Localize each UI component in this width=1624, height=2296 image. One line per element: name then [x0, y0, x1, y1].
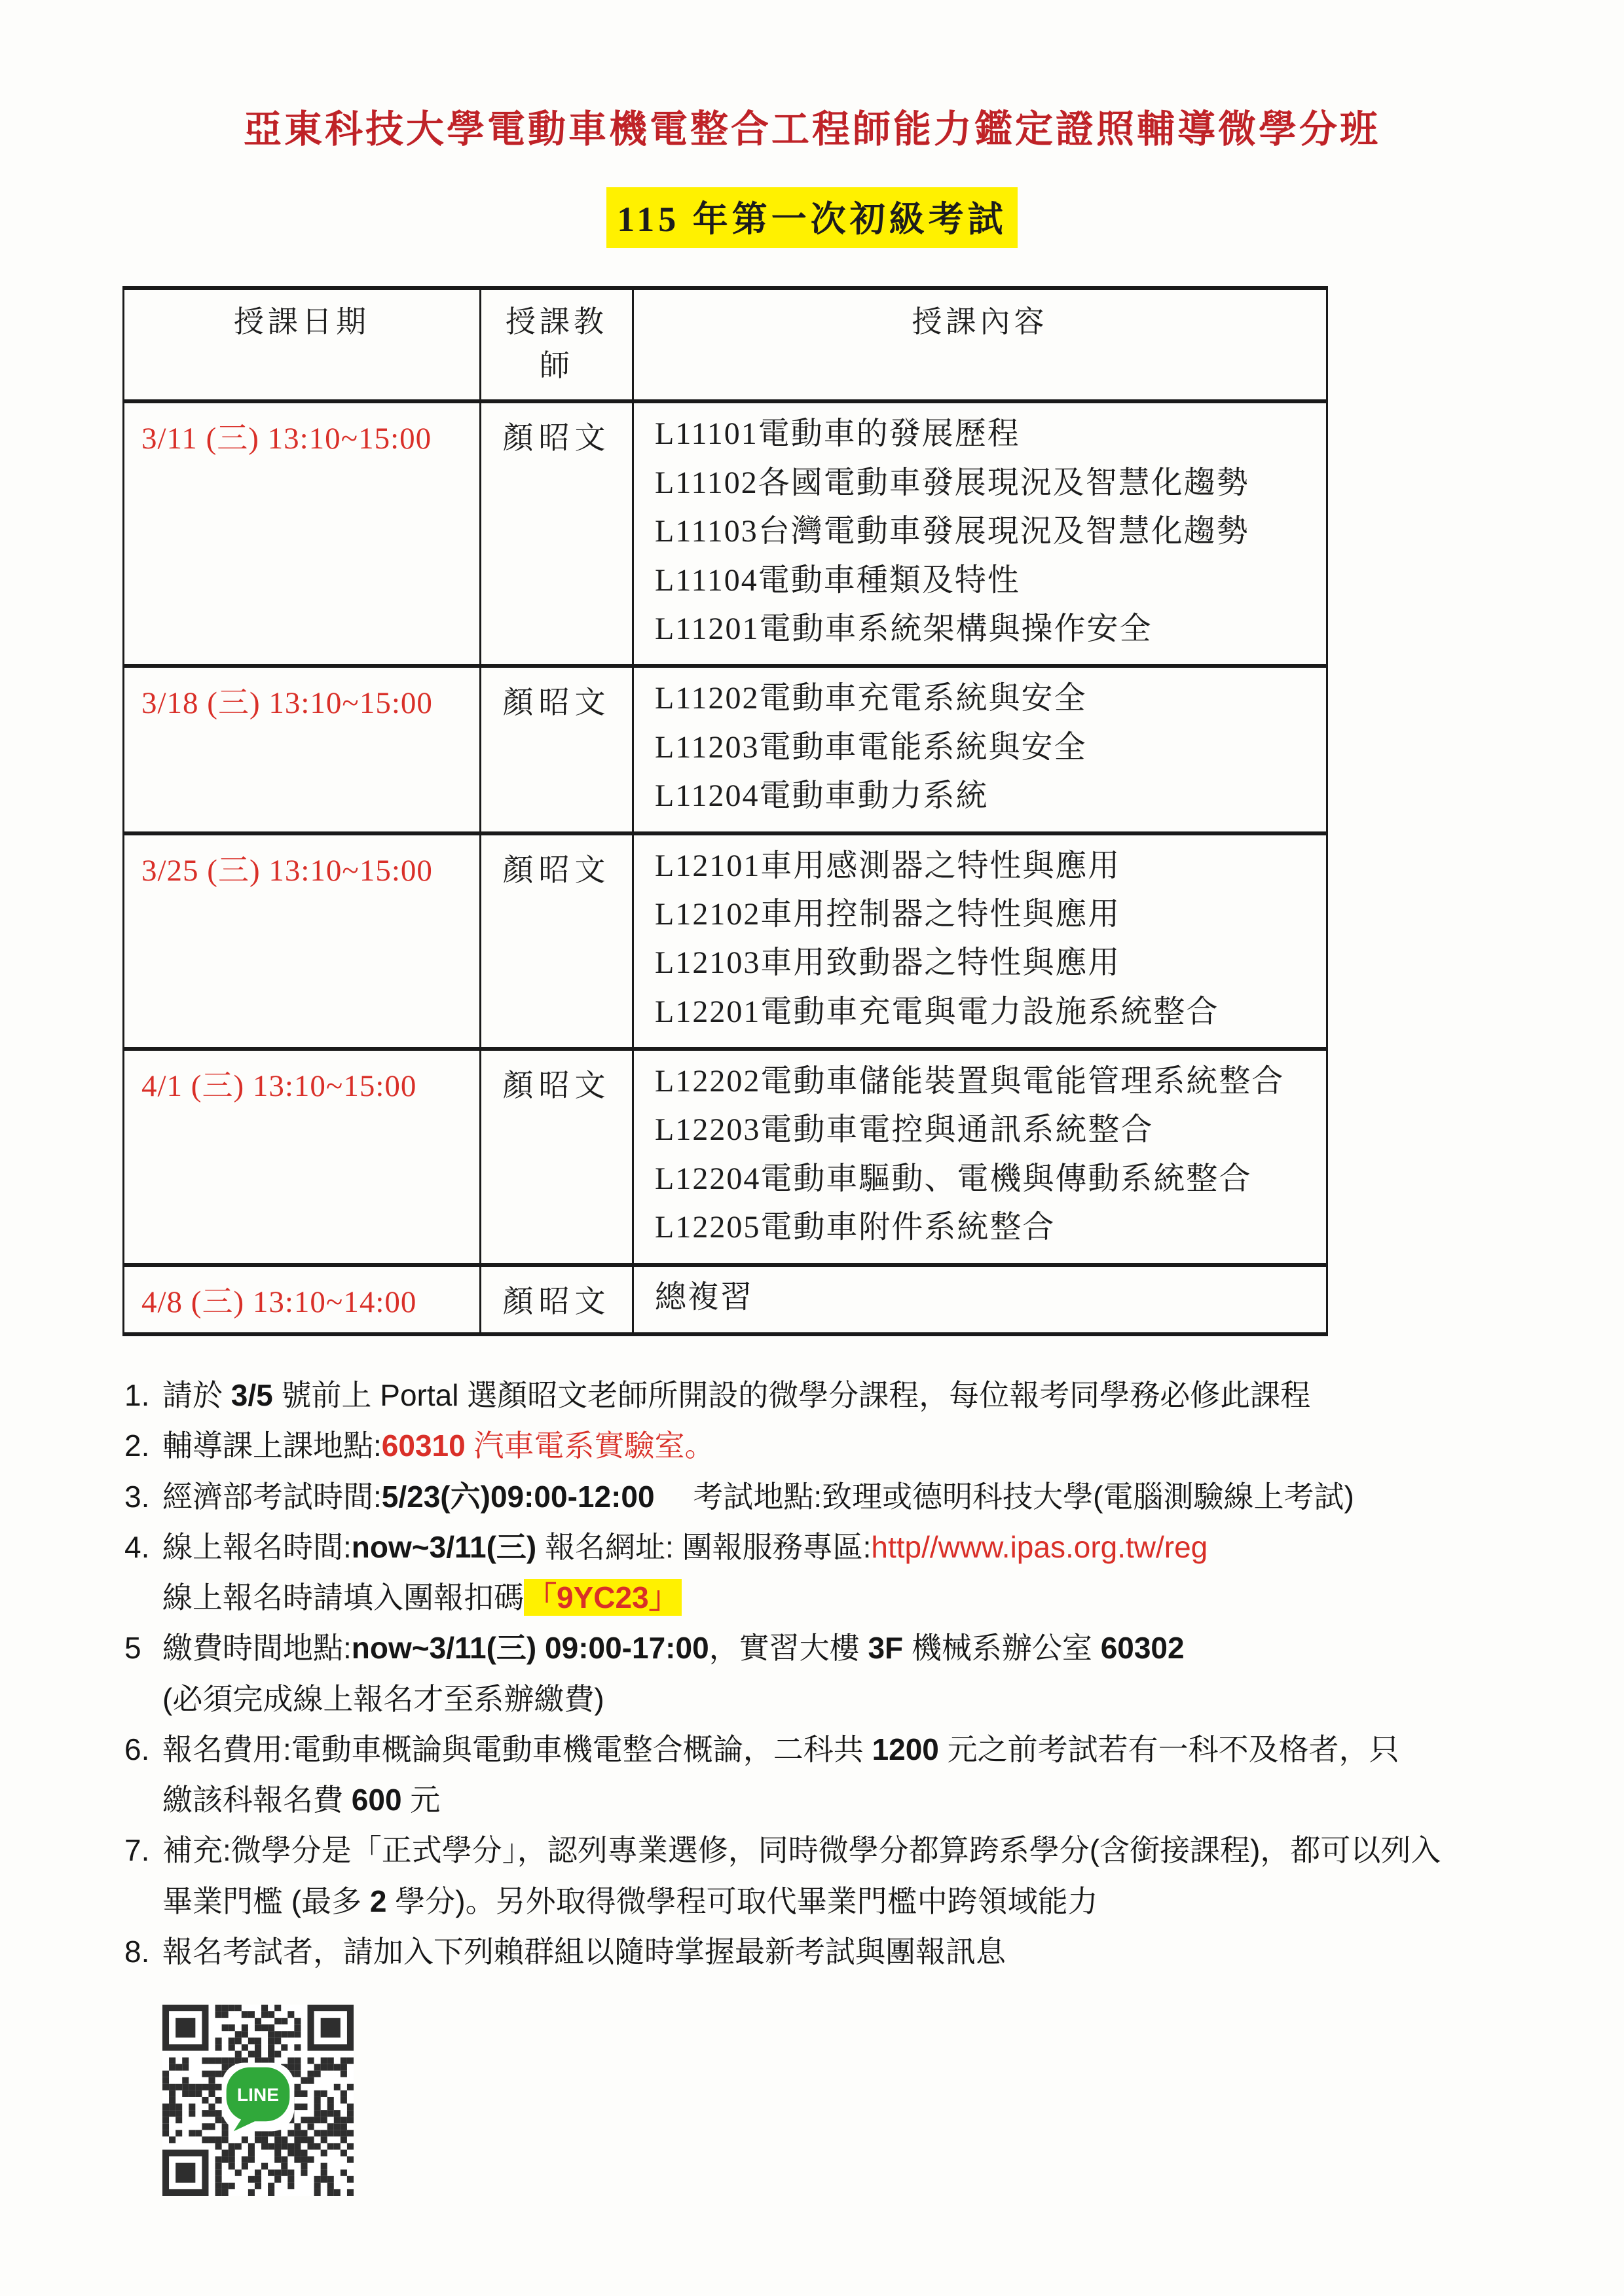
note-body: 補充:微學分是「正式學分」，認列專業選修，同時微學分都算跨系學分(含銜接課程)，…: [162, 1825, 1578, 1927]
note-text-segment: 考試地點:致理或德明科技大學(電腦測驗線上考試): [655, 1480, 1354, 1514]
note-text-segment: 3F: [868, 1631, 903, 1665]
topic-line: L11201電動車系統架構與操作安全: [655, 605, 1316, 653]
schedule-row: 3/11 (三) 13:10~15:00顏昭文L11101電動車的發展歷程L11…: [124, 401, 1327, 666]
scanned-document-page: 亞東科技大學電動車機電整合工程師能力鑑定證照輔導微學分班 115 年第一次初級考…: [0, 0, 1624, 2296]
note-item: 4.線上報名時間:now~3/11(三) 報名網址: 團報服務專區:http//…: [124, 1522, 1578, 1624]
lecture-date-cell: 4/1 (三) 13:10~15:00: [124, 1049, 481, 1265]
topic-line: L11203電動車電能系統與安全: [655, 723, 1316, 772]
note-text-segment: now~3/11(三) 09:00-17:00: [352, 1631, 709, 1665]
note-text-segment: 報名考試者，請加入下列賴群組以隨時掌握最新考試與團報訊息: [162, 1935, 1006, 1969]
note-body: 報名費用:電動車概論與電動車機電整合概論，二科共 1200 元之前考試若有一科不…: [162, 1724, 1578, 1826]
note-number: 5: [124, 1623, 162, 1673]
topic-line: L12202電動車儲能裝置與電能管理系統整合: [655, 1057, 1316, 1106]
subtitle-row: 115 年第一次初級考試: [0, 187, 1624, 248]
line-qr-code: LINE: [162, 2005, 354, 2196]
qr-code-image: LINE: [162, 2005, 354, 2196]
note-text-segment: 機械系辦公室: [903, 1631, 1101, 1665]
note-body: 線上報名時間:now~3/11(三) 報名網址: 團報服務專區:http//ww…: [162, 1522, 1578, 1624]
note-text-segment: 60310: [382, 1429, 474, 1463]
schedule-row: 4/8 (三) 13:10~14:00顏昭文總複習: [124, 1265, 1327, 1334]
topic-line: 總複習: [655, 1273, 1316, 1322]
note-number: 1.: [124, 1370, 162, 1421]
document-title: 亞東科技大學電動車機電整合工程師能力鑑定證照輔導微學分班: [26, 98, 1598, 153]
note-line: 輔導課上課地點:60310 汽車電系實驗室。: [162, 1421, 1578, 1471]
lecture-content-cell: L11101電動車的發展歷程L11102各國電動車發展現況及智慧化趨勢L1110…: [633, 401, 1327, 666]
lecture-date-cell: 3/11 (三) 13:10~15:00: [124, 401, 481, 666]
note-text-segment: 報名網址: 團報服務專區:: [536, 1530, 871, 1564]
line-logo: LINE: [222, 2063, 295, 2132]
topic-line: L11204電動車動力系統: [655, 772, 1316, 820]
note-line: 繳費時間地點:now~3/11(三) 09:00-17:00，實習大樓 3F 機…: [162, 1623, 1578, 1673]
note-item: 2.輔導課上課地點:60310 汽車電系實驗室。: [124, 1421, 1578, 1471]
header-lecture-content: 授課內容: [633, 288, 1327, 401]
topic-line: L12204電動車驅動、電機與傳動系統整合: [655, 1155, 1316, 1203]
note-item: 3.經濟部考試時間:5/23(六)09:00-12:00 考試地點:致理或德明科…: [124, 1472, 1578, 1522]
note-item: 6.報名費用:電動車概論與電動車機電整合概論，二科共 1200 元之前考試若有一…: [124, 1724, 1578, 1826]
note-text-segment: 報名費用:電動車概論與電動車機電整合概論，二科共: [162, 1732, 872, 1766]
note-text-segment: 汽車電系實驗室。: [473, 1429, 714, 1463]
topic-line: L11101電動車的發展歷程: [655, 410, 1316, 458]
instructor-cell: 顏昭文: [481, 1265, 633, 1334]
lecture-content-cell: L11202電動車充電系統與安全L11203電動車電能系統與安全L11204電動…: [633, 666, 1327, 833]
note-item: 1.請於 3/5 號前上 Portal 選顏昭文老師所開設的微學分課程，每位報考…: [124, 1370, 1578, 1421]
note-item: 7.補充:微學分是「正式學分」，認列專業選修，同時微學分都算跨系學分(含銜接課程…: [124, 1825, 1578, 1927]
note-line: 請於 3/5 號前上 Portal 選顏昭文老師所開設的微學分課程，每位報考同學…: [162, 1370, 1578, 1421]
note-text-segment: 畢業門檻 (最多: [162, 1884, 370, 1918]
topic-line: L12203電動車電控與通訊系統整合: [655, 1106, 1316, 1154]
note-line: 線上報名時請填入團報扣碼「9YC23」: [162, 1573, 1578, 1623]
note-body: 輔導課上課地點:60310 汽車電系實驗室。: [162, 1421, 1578, 1471]
note-text-segment: 5/23(六)09:00-12:00: [382, 1480, 655, 1514]
note-text-segment: 補充:微學分是「正式學分」，認列專業選修，同時微學分都算跨系學分(含銜接課程)，…: [162, 1833, 1441, 1867]
note-text-segment: 請於: [162, 1378, 231, 1412]
note-item: 8.報名考試者，請加入下列賴群組以隨時掌握最新考試與團報訊息: [124, 1927, 1578, 1977]
note-text-segment: 線上報名時間:: [162, 1530, 352, 1564]
note-line: 補充:微學分是「正式學分」，認列專業選修，同時微學分都算跨系學分(含銜接課程)，…: [162, 1825, 1578, 1876]
notes-section: 1.請於 3/5 號前上 Portal 選顏昭文老師所開設的微學分課程，每位報考…: [124, 1370, 1578, 1977]
course-schedule-table: 授課日期授課教師授課內容 3/11 (三) 13:10~15:00顏昭文L111…: [122, 286, 1328, 1336]
topic-line: L12101車用感測器之特性與應用: [655, 842, 1316, 890]
note-text-segment: 經濟部考試時間:: [162, 1480, 382, 1514]
note-text-segment: 繳費時間地點:: [162, 1631, 352, 1665]
note-text-segment: 輔導課上課地點:: [162, 1429, 382, 1463]
header-lecture-date: 授課日期: [124, 288, 481, 401]
instructor-cell: 顏昭文: [481, 401, 633, 666]
lecture-content-cell: L12101車用感測器之特性與應用L12102車用控制器之特性與應用L12103…: [633, 833, 1327, 1049]
header-instructor: 授課教師: [481, 288, 633, 401]
schedule-row: 4/1 (三) 13:10~15:00顏昭文L12202電動車儲能裝置與電能管理…: [124, 1049, 1327, 1265]
lecture-content-cell: L12202電動車儲能裝置與電能管理系統整合L12203電動車電控與通訊系統整合…: [633, 1049, 1327, 1265]
note-number: 8.: [124, 1927, 162, 1977]
note-text-segment: 號前上 Portal 選顏昭文老師所開設的微學分課程，每位報考同學務必修此課程: [273, 1378, 1311, 1412]
note-line: 繳該科報名費 600 元: [162, 1775, 1578, 1825]
lecture-date-cell: 3/18 (三) 13:10~15:00: [124, 666, 481, 833]
note-number: 2.: [124, 1421, 162, 1471]
note-text-segment: ，實習大樓: [709, 1631, 868, 1665]
schedule-table-header: 授課日期授課教師授課內容: [124, 288, 1327, 401]
note-number: 4.: [124, 1522, 162, 1573]
instructor-cell: 顏昭文: [481, 833, 633, 1049]
note-text-segment: http//www.ipas.org.tw/reg: [871, 1530, 1208, 1564]
note-number: 6.: [124, 1724, 162, 1775]
topic-line: L11103台灣電動車發展現況及智慧化趨勢: [655, 507, 1316, 556]
topic-line: L11202電動車充電系統與安全: [655, 674, 1316, 723]
lecture-date-cell: 3/25 (三) 13:10~15:00: [124, 833, 481, 1049]
svg-text:LINE: LINE: [237, 2084, 279, 2105]
instructor-cell: 顏昭文: [481, 666, 633, 833]
exam-session-subtitle: 115 年第一次初級考試: [606, 187, 1018, 248]
note-line: (必須完成線上報名才至系辦繳費): [162, 1674, 1578, 1724]
note-line: 經濟部考試時間:5/23(六)09:00-12:00 考試地點:致理或德明科技大…: [162, 1472, 1578, 1522]
note-text-segment: 元之前考試若有一科不及格者，只: [939, 1732, 1399, 1766]
instructor-cell: 顏昭文: [481, 1049, 633, 1265]
note-body: 繳費時間地點:now~3/11(三) 09:00-17:00，實習大樓 3F 機…: [162, 1623, 1578, 1724]
note-line: 報名考試者，請加入下列賴群組以隨時掌握最新考試與團報訊息: [162, 1927, 1578, 1977]
note-text-segment: (必須完成線上報名才至系辦繳費): [162, 1682, 604, 1716]
topic-line: L12205電動車附件系統整合: [655, 1203, 1316, 1252]
topic-line: L12201電動車充電與電力設施系統整合: [655, 988, 1316, 1036]
note-number: 3.: [124, 1472, 162, 1522]
note-text-segment: 繳該科報名費: [162, 1783, 352, 1817]
note-text-segment: 1200: [872, 1732, 939, 1766]
note-text-segment: 600: [352, 1783, 402, 1817]
note-text-segment: 2: [370, 1884, 387, 1918]
topic-line: L12102車用控制器之特性與應用: [655, 890, 1316, 939]
note-line: 報名費用:電動車概論與電動車機電整合概論，二科共 1200 元之前考試若有一科不…: [162, 1724, 1578, 1775]
lecture-date-cell: 4/8 (三) 13:10~14:00: [124, 1265, 481, 1334]
note-text-segment: 元: [402, 1783, 441, 1817]
note-body: 請於 3/5 號前上 Portal 選顏昭文老師所開設的微學分課程，每位報考同學…: [162, 1370, 1578, 1421]
note-text-segment: 線上報名時請填入團報扣碼: [162, 1580, 524, 1614]
topic-line: L11104電動車種類及特性: [655, 556, 1316, 605]
note-item: 5繳費時間地點:now~3/11(三) 09:00-17:00，實習大樓 3F …: [124, 1623, 1578, 1724]
note-text-segment: 60302: [1101, 1631, 1185, 1665]
note-line: 畢業門檻 (最多 2 學分)。另外取得微學程可取代畢業門檻中跨領域能力: [162, 1876, 1578, 1927]
note-body: 報名考試者，請加入下列賴群組以隨時掌握最新考試與團報訊息: [162, 1927, 1578, 1977]
note-text-segment: now~3/11(三): [352, 1530, 536, 1564]
note-text-segment: 「9YC23」: [524, 1579, 682, 1616]
schedule-row: 3/25 (三) 13:10~15:00顏昭文L12101車用感測器之特性與應用…: [124, 833, 1327, 1049]
lecture-content-cell: 總複習: [633, 1265, 1327, 1334]
schedule-row: 3/18 (三) 13:10~15:00顏昭文L11202電動車充電系統與安全L…: [124, 666, 1327, 833]
topic-line: L11102各國電動車發展現況及智慧化趨勢: [655, 459, 1316, 507]
note-body: 經濟部考試時間:5/23(六)09:00-12:00 考試地點:致理或德明科技大…: [162, 1472, 1578, 1522]
note-number: 7.: [124, 1825, 162, 1876]
topic-line: L12103車用致動器之特性與應用: [655, 939, 1316, 987]
note-text-segment: 3/5: [231, 1378, 273, 1412]
note-text-segment: 學分)。另外取得微學程可取代畢業門檻中跨領域能力: [386, 1884, 1098, 1918]
note-line: 線上報名時間:now~3/11(三) 報名網址: 團報服務專區:http//ww…: [162, 1522, 1578, 1573]
